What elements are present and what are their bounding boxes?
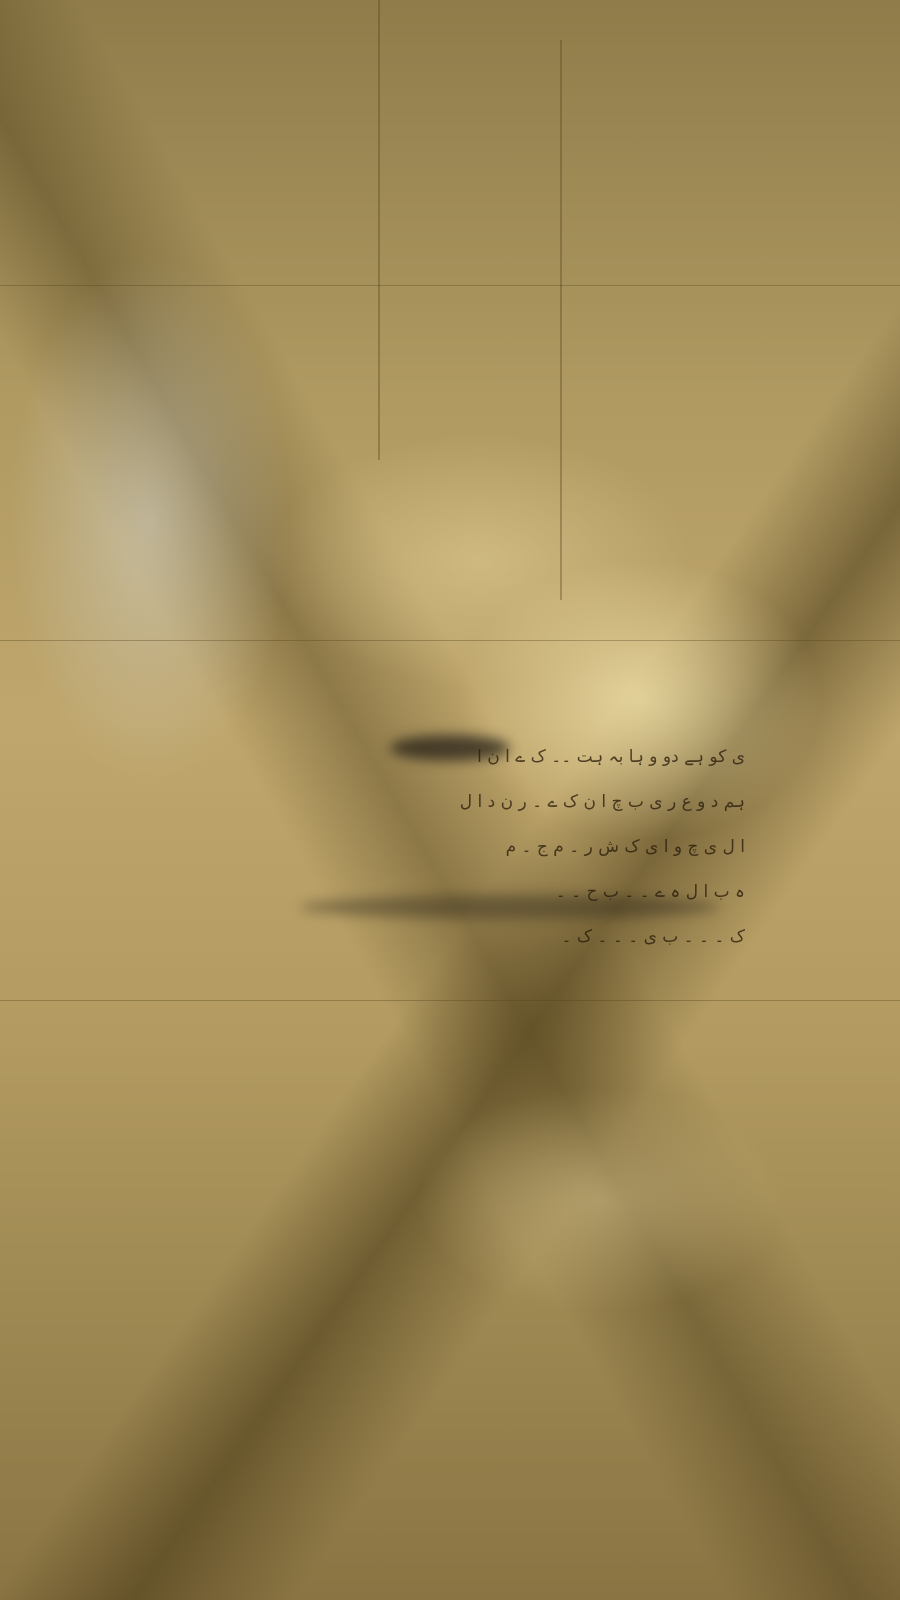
leaf-seam: [378, 0, 380, 460]
leaf-seam: [560, 40, 562, 600]
leaf-seam: [0, 285, 900, 286]
gold-leaf-artwork: ی کو ہے دو و ہا بہ ہت ۔۔ ک ے ا ن ا ہم د …: [0, 0, 900, 1600]
burnt-urdu-text: ی کو ہے دو و ہا بہ ہت ۔۔ ک ے ا ن ا ہم د …: [235, 735, 745, 960]
text-line: ہ ب ا ل ہ ے ۔ ۔ ب ح ۔ ۔: [235, 870, 745, 915]
text-line: ی کو ہے دو و ہا بہ ہت ۔۔ ک ے ا ن ا: [235, 735, 745, 780]
text-line: ک ۔ ۔ ۔ ب ی ۔ ۔ ۔ ک ۔: [235, 915, 745, 960]
leaf-seam: [0, 640, 900, 641]
leaf-seam: [0, 1000, 900, 1001]
text-line: ا ل ی چ و ا ی ک ش ر ۔ م ج ۔ م: [235, 825, 745, 870]
text-line: ہم د و ع ر ی ب چ ا ن ک ے ۔ ر ن د ا ل: [235, 780, 745, 825]
